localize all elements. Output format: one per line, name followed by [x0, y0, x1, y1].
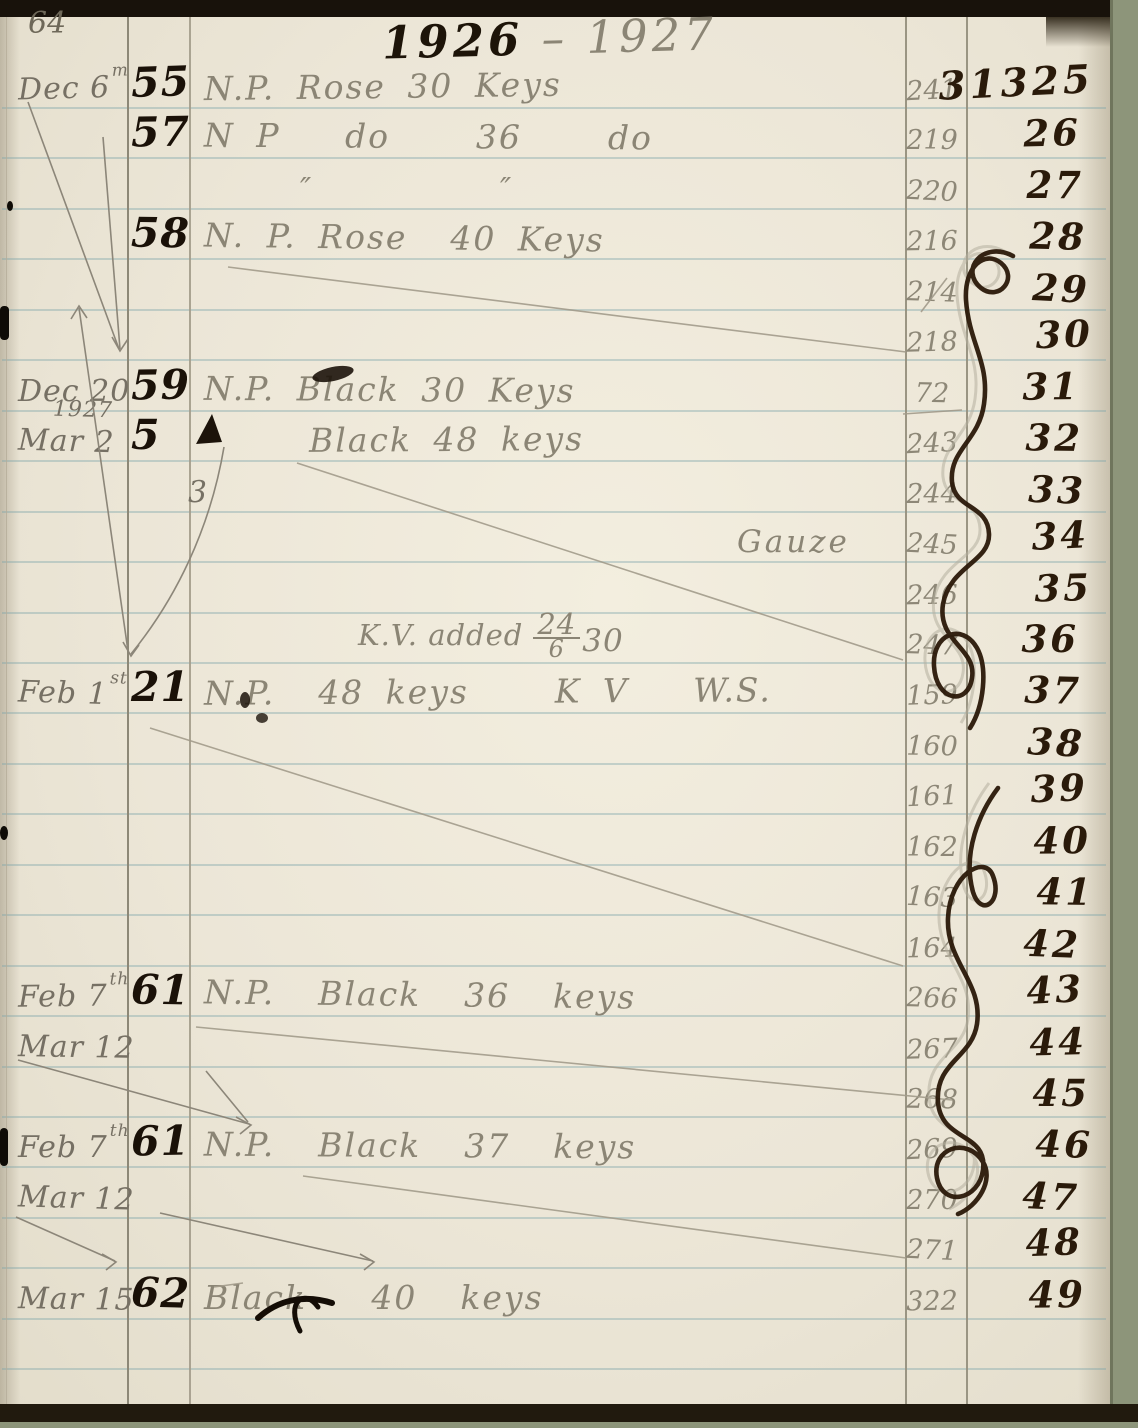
entry-date: Dec 6m [18, 69, 128, 107]
entry-total-number: 48 [924, 1219, 1084, 1269]
entry-date: Mar 15 [18, 1281, 135, 1318]
ledger-row: 16139 [0, 765, 1110, 813]
entry-total-number: 33 [927, 463, 1087, 513]
entry-serial-number: 61 [131, 1117, 191, 1166]
entry-description: N.P. Black 37 keys [204, 1125, 636, 1167]
entry-date-superscript: m [111, 60, 129, 80]
entry-total-number: 45 [932, 1071, 1090, 1115]
entry-total-number: 31 [922, 364, 1081, 410]
entry-description: N.P. Black 30 Keys [204, 369, 576, 410]
ledger-row: 16038 [0, 715, 1110, 763]
entry-total-number: 49 [928, 1272, 1087, 1318]
entry-total-number: 27 [926, 163, 1084, 207]
ledger-row: Gauze24534 [0, 513, 1110, 561]
entry-total-number: 29 [931, 260, 1091, 312]
fraction-denominator: 6 [533, 639, 580, 661]
entry-description: N. P. Rose 40 Keys [204, 216, 605, 260]
entry-total-number: 43 [925, 966, 1085, 1018]
ditto-mark: ″ [300, 172, 311, 207]
entry-serial-number: 57 [131, 108, 191, 157]
entry-date: Feb 7th [18, 978, 128, 1015]
entry-serial-number: 62 [130, 1268, 191, 1318]
entry-date-superscript: th [109, 969, 129, 989]
ledger-row: 16341 [0, 866, 1110, 914]
entry-total-number: 40 [933, 818, 1092, 864]
ledger-row: 57N P do 36 do21926 [0, 109, 1110, 157]
ledger-row: Dec 2059N.P. Black 30 Keys7231 [0, 362, 1110, 410]
entry-total-number: 32 [925, 414, 1084, 460]
ledger-row: 27148 [0, 1219, 1110, 1267]
entry-year-above: 1927 [53, 397, 114, 424]
entry-serial-number: 21 [131, 663, 190, 711]
entry-description: N.P. Rose 30 Keys [204, 65, 562, 108]
entry-date: Feb 1st [18, 675, 126, 713]
page-number: 64 [28, 6, 66, 41]
ledger-row: Mar 219275Black 48 keys24332 [0, 412, 1110, 460]
entry-description: Black 48 keys [309, 419, 584, 460]
ledger-row: Feb 1st21N.P. 48 keys K V W.S.15937 [0, 664, 1110, 712]
entry-date: 3 [188, 474, 209, 509]
entry-total-number: 42 [922, 917, 1082, 967]
entry-description: N.P. 48 keys K V W.S. [204, 671, 772, 713]
entry-serial-number: 59 [131, 360, 191, 409]
entry-serial-number: 5 [131, 411, 161, 459]
entry-date: Mar 12 [18, 1179, 136, 1217]
entry-note-gauze: Gauze [737, 524, 850, 560]
ledger-row: 16442 [0, 917, 1110, 965]
ruled-line [2, 1368, 1106, 1370]
ledger-row: 324433 [0, 463, 1110, 511]
entry-description: Black 40 keys [204, 1278, 544, 1317]
ledger-row: Mar 1227047 [0, 1169, 1110, 1217]
entry-total-number: 36 [921, 617, 1079, 661]
entry-date: Mar 12 [18, 1029, 135, 1066]
ledger-row: 21830 [0, 311, 1110, 359]
ledger-row: ″″22027 [0, 160, 1110, 208]
kv-note-post: 30 [582, 623, 623, 659]
entry-total-number: 30 [934, 311, 1094, 361]
entry-serial-number: 58 [131, 209, 191, 258]
scan-edge-bottom [0, 1404, 1138, 1422]
entry-total-number: 35 [933, 565, 1092, 613]
entry-total-number: 41 [936, 868, 1095, 914]
entry-date-superscript: th [110, 1121, 130, 1141]
kv-note-text: K.V. added [358, 618, 523, 652]
ledger-row: Mar 1562Black 40 keys32249 [0, 1270, 1110, 1318]
entry-description: N P do 36 do [204, 116, 653, 158]
ledger-row: Dec 6m55N.P. Rose 30 Keys24131325 [0, 59, 1110, 107]
ledger-row: Mar 1226744 [0, 1018, 1110, 1066]
ledger-row: 16240 [0, 816, 1110, 864]
entry-date: Feb 7th [18, 1130, 128, 1165]
ledger-row: Feb 7th61N.P. Black 36 keys26643 [0, 967, 1110, 1015]
entry-note-kv: K.V. added24630 [358, 611, 624, 661]
ledger-row: Feb 7th61N.P. Black 37 keys26946 [0, 1118, 1110, 1166]
ditto-mark: ″ [500, 172, 511, 207]
entry-serial-number: 55 [130, 57, 191, 107]
ledger-row: 26845 [0, 1068, 1110, 1116]
entry-total-number: 38 [926, 714, 1086, 766]
entry-total-number: 37 [923, 665, 1082, 713]
ruled-line [2, 1318, 1106, 1320]
entry-total-number: 44 [928, 1019, 1087, 1067]
entry-serial-number: 61 [131, 966, 191, 1015]
entry-total-number: 31325 [935, 56, 1095, 110]
title-year-right: – 1927 [523, 7, 718, 65]
book-cover-edge [1110, 0, 1138, 1428]
entry-total-number: 39 [929, 765, 1089, 815]
ledger-row: 58N. P. Rose 40 Keys21628 [0, 210, 1110, 258]
entry-total-number: 28 [928, 211, 1087, 259]
ledger-row: K.V. added2463024736 [0, 614, 1110, 662]
entry-total-number: 47 [921, 1168, 1081, 1220]
scan-edge-bottom-olive [0, 1422, 1138, 1428]
entry-total-number: 46 [934, 1120, 1093, 1168]
entry-total-number: 34 [930, 512, 1090, 564]
ledger-row: 21429 [0, 261, 1110, 309]
entry-description: N.P. Black 36 keys [204, 972, 637, 1016]
ledger-row: 24635 [0, 564, 1110, 612]
entry-date: Mar 21927 [18, 423, 116, 461]
scanned-ledger-page: 64 1926 – 1927 Dec 6m55N.P. Rose 30 Keys… [0, 0, 1138, 1428]
kv-note-fraction: 246 [533, 611, 580, 661]
entry-date-superscript: st [110, 668, 128, 688]
entry-total-number: 26 [922, 111, 1081, 159]
